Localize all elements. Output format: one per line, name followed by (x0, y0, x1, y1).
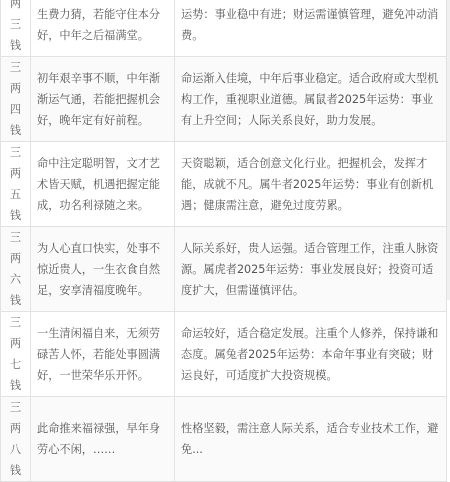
fate-cell: 为人心直口快实，处事不惊近贵人，一生衣食自然足，安享清福度晚年。 (31, 227, 175, 301)
table-row: 三两六钱 为人心直口快实，处事不惊近贵人，一生衣食自然足，安享清福度晚年。 人际… (1, 227, 447, 301)
weight-cell: 三两三钱 (1, 0, 31, 57)
table-row: 三两四钱 初年艰辛事不顺，中年渐渐运气通，若能把握机会好，晚年定有好前程。 命运… (1, 57, 447, 142)
weight-cell: 三两四钱 (1, 57, 31, 142)
table-row: 三两三钱 劳碌奔波命中来，辛苦一生费力猜，若能守住本分好，中年之后福满堂。 早年… (1, 0, 447, 57)
table-row: 三两五钱 命中注定聪明智，文才艺术皆天赋，机遇把握定能成，功名利禄随之来。 天资… (1, 142, 447, 227)
fate-cell: 命中注定聪明智，文才艺术皆天赋，机遇把握定能成，功名利禄随之来。 (31, 142, 175, 227)
analysis-cell: 早年辛苦，需靠自身努力打拼技巧。属猪者2025年运势：事业稳中有进；财运需谨慎管… (175, 0, 447, 57)
fate-cell: 劳碌奔波命中来，辛苦一生费力猜，若能守住本分好，中年之后福满堂。 (31, 0, 175, 57)
weight-cell: 三两六钱 (1, 227, 31, 301)
fate-cell: 初年艰辛事不顺，中年渐渐运气通，若能把握机会好，晚年定有好前程。 (31, 57, 175, 142)
fortune-table: 三两三钱 劳碌奔波命中来，辛苦一生费力猜，若能守住本分好，中年之后福满堂。 早年… (0, 0, 447, 300)
analysis-cell: 天资聪颖，适合创意文化行业。把握机会，发挥才能，成就不凡。属牛者2025年运势：… (175, 142, 447, 227)
weight-cell: 三两五钱 (1, 142, 31, 227)
analysis-cell: 人际关系好，贵人运强。适合管理工作，注重人脉资源。属虎者2025年运势：事业发展… (175, 227, 447, 301)
analysis-cell: 命运渐入佳境，中年后事业稳定。适合政府或大型机构工作，重视职业道德。属鼠者202… (175, 57, 447, 142)
